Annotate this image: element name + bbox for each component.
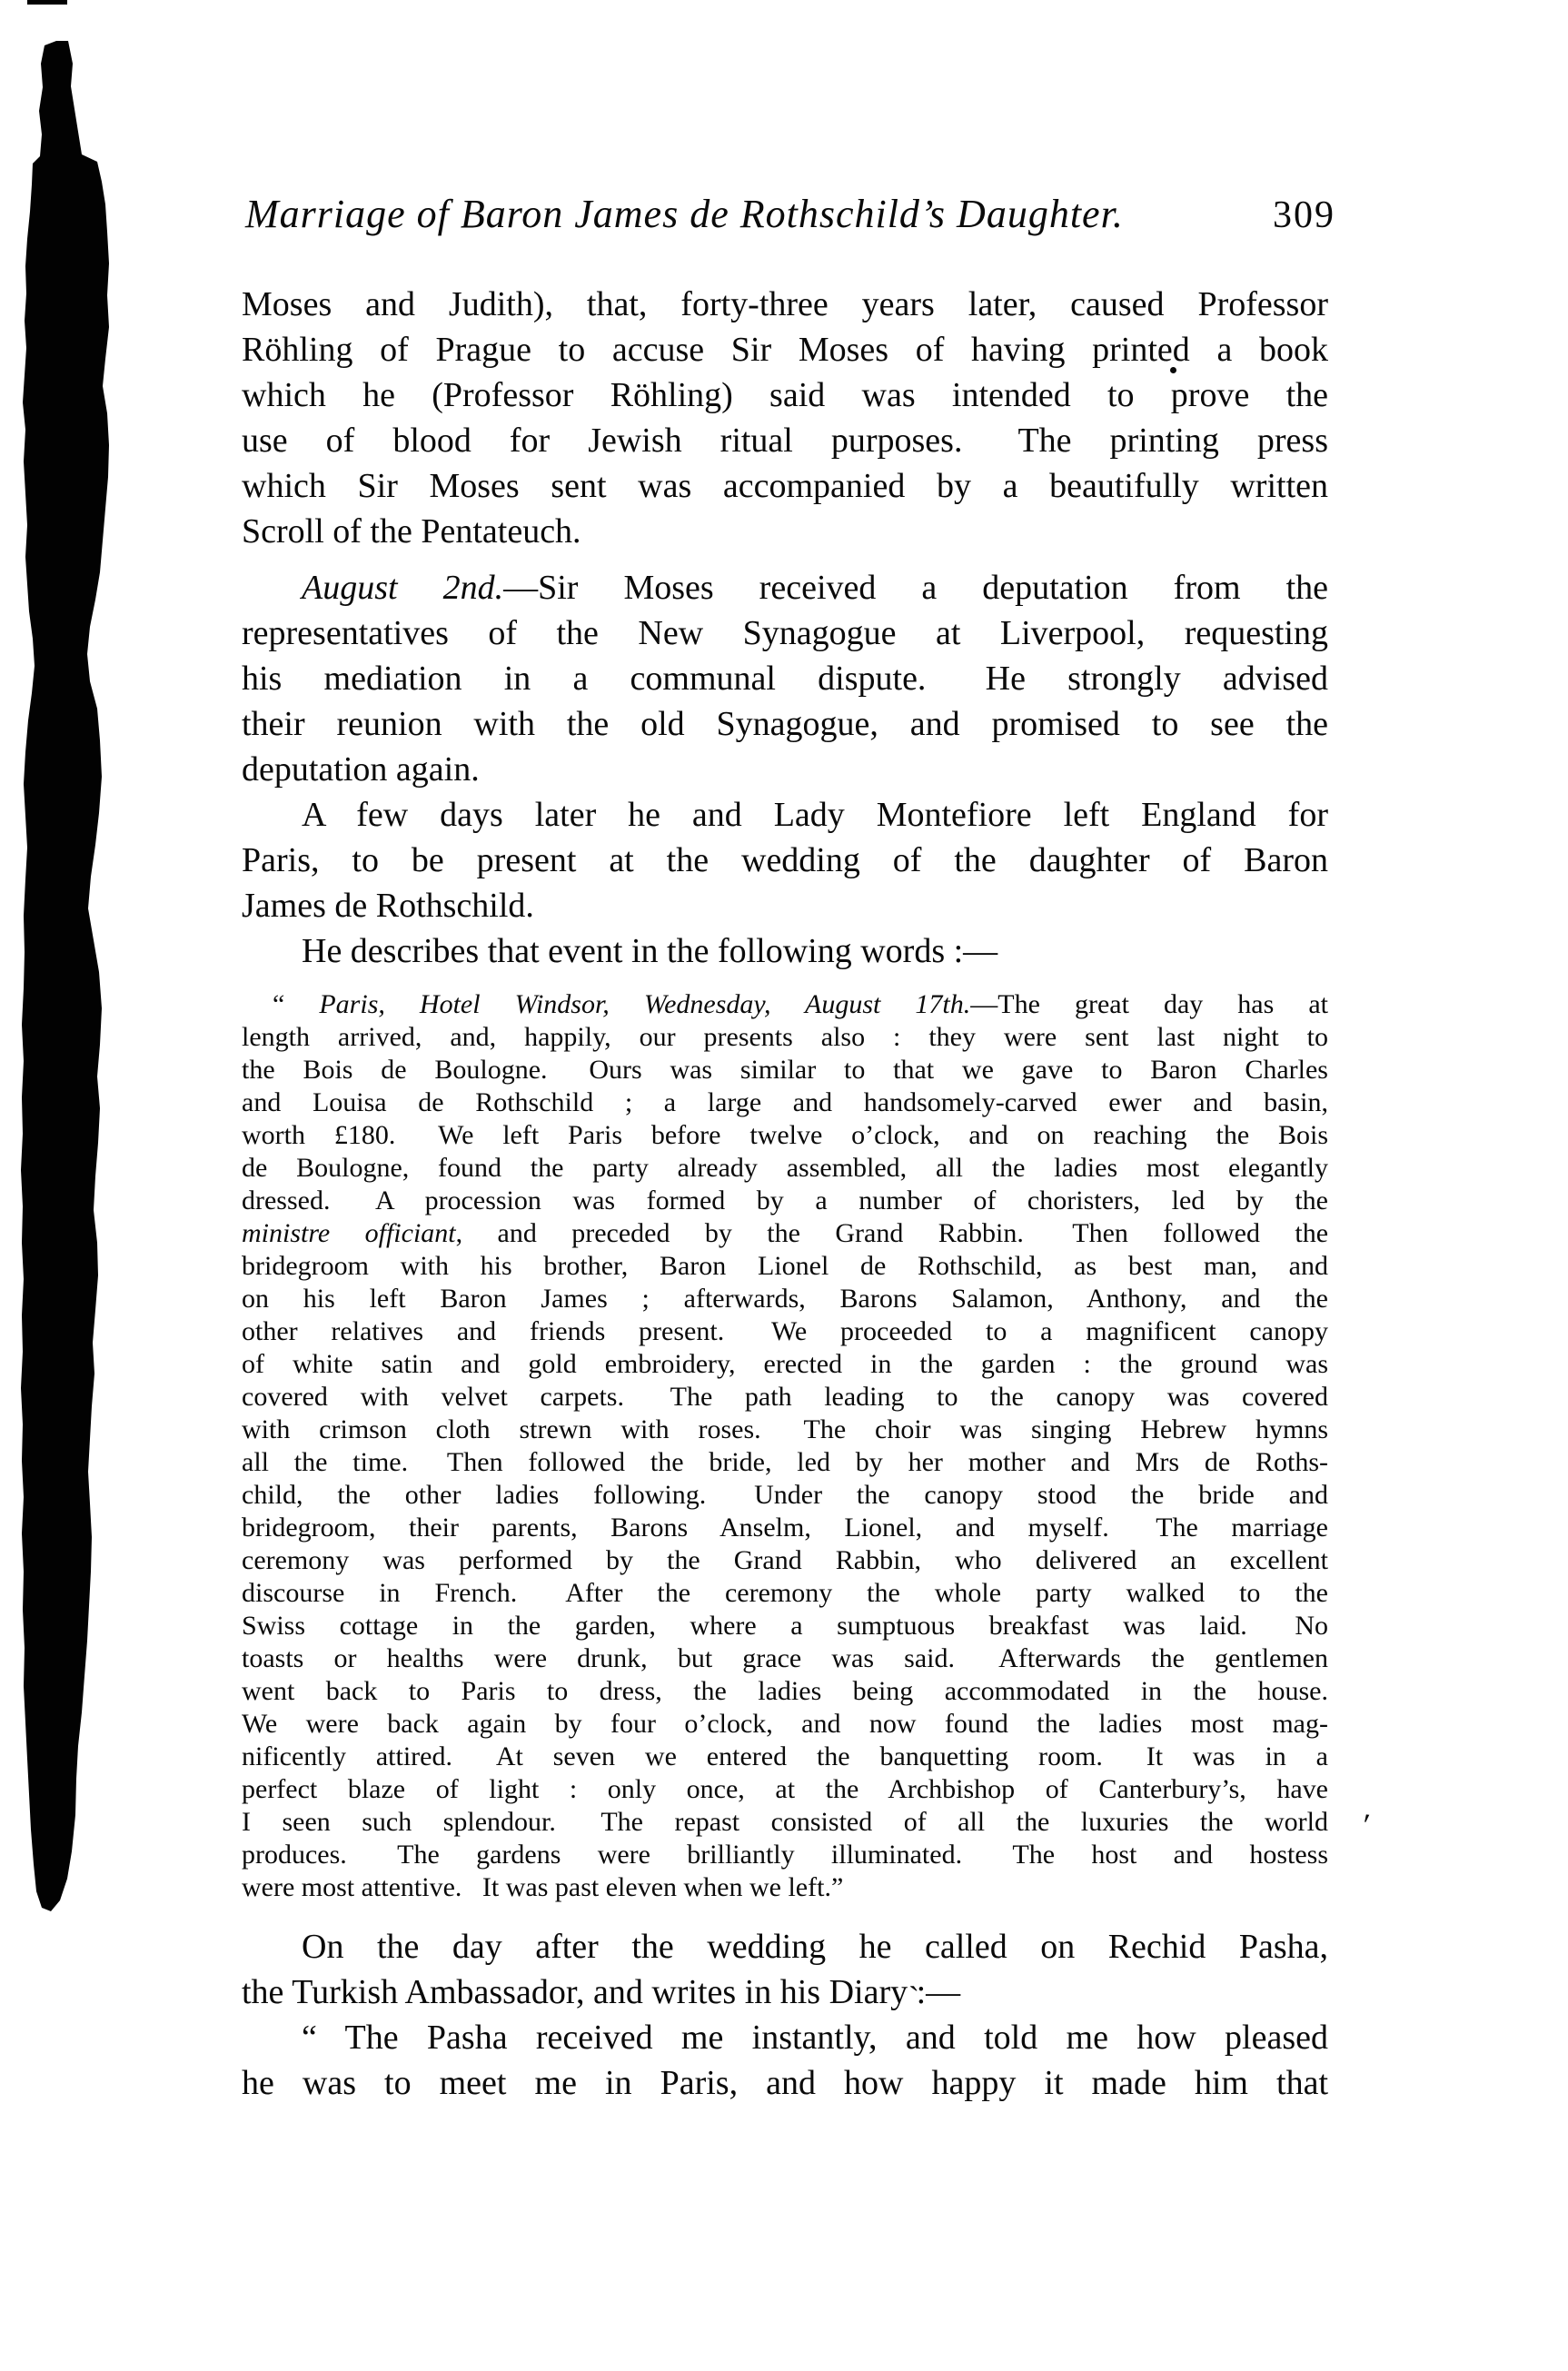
text-line: Swiss cottage in the garden, where a sum… (242, 1610, 1328, 1642)
paragraph-august-2nd: August 2nd.—Sir Moses received a deputat… (242, 565, 1328, 792)
text-line: which Sir Moses sent was accompanied by … (242, 463, 1328, 509)
text-line: James de Rothschild. (242, 883, 1328, 928)
text-line: were most attentive. It was past eleven … (242, 1871, 1328, 1904)
text-line: their reunion with the old Synagogue, an… (242, 701, 1328, 747)
text-line: August 2nd.—Sir Moses received a deputat… (242, 565, 1328, 610)
text-line: On the day after the wedding he called o… (242, 1924, 1328, 1969)
text-line: Paris, to be present at the wedding of t… (242, 838, 1328, 883)
text-line: toasts or healths were drunk, but grace … (242, 1642, 1328, 1675)
text-line: Röhling of Prague to accuse Sir Moses of… (242, 327, 1328, 372)
running-header: Marriage of Baron James de Rothschild’s … (245, 191, 1335, 237)
text-line: other relatives and friends present. We … (242, 1315, 1328, 1348)
ink-dot-artifact (1170, 367, 1176, 373)
text-line: representatives of the New Synagogue at … (242, 610, 1328, 656)
text-line: Scroll of the Pentateuch. (242, 509, 1328, 554)
text-line: ceremony was performed by the Grand Rabb… (242, 1544, 1328, 1577)
text-line: de Boulogne, found the party already ass… (242, 1152, 1328, 1185)
text-line: ministre officiant, and preceded by the … (242, 1217, 1328, 1250)
text-line: on his left Baron James ; afterwards, Ba… (242, 1283, 1328, 1315)
text-line: and Louisa de Rothschild ; a large and h… (242, 1086, 1328, 1119)
text-line: I seen such splendour. The repast consis… (242, 1806, 1328, 1839)
stray-accent-artifact: ˋ (908, 1979, 919, 2017)
text-line: “ Paris, Hotel Windsor, Wednesday, Augus… (242, 988, 1328, 1021)
text-line: nificently attired. At seven we entered … (242, 1741, 1328, 1773)
text-line: bridegroom with his brother, Baron Lione… (242, 1250, 1328, 1283)
text-line: with crimson cloth strewn with roses. Th… (242, 1414, 1328, 1446)
text-line: deputation again. (242, 747, 1328, 792)
paragraph-he-describes: He describes that event in the following… (242, 928, 1328, 974)
text-line: he was to meet me in Paris, and how happ… (242, 2060, 1328, 2106)
page-number: 309 (1273, 193, 1335, 237)
paragraph-few-days-later: A few days later he and Lady Montefiore … (242, 792, 1328, 928)
text-line: perfect blaze of light : only once, at t… (242, 1773, 1328, 1806)
text-line: A few days later he and Lady Montefiore … (242, 792, 1328, 838)
paragraph-pasha-received: “ The Pasha received me instantly, and t… (242, 2015, 1328, 2106)
text-line: the Bois de Boulogne. Ours was similar t… (242, 1054, 1328, 1086)
text-line: child, the other ladies following. Under… (242, 1479, 1328, 1512)
scanned-book-page: Marriage of Baron James de Rothschild’s … (0, 0, 1568, 2371)
text-line: produces. The gardens were brilliantly i… (242, 1839, 1328, 1871)
text-line: the Turkish Ambassador, and writes in hi… (242, 1969, 1328, 2015)
margin-tick-artifact: ′ (1361, 1806, 1372, 1845)
text-line: use of blood for Jewish ritual purposes.… (242, 418, 1328, 463)
text-line: discourse in French. After the ceremony … (242, 1577, 1328, 1610)
text-line: covered with velvet carpets. The path le… (242, 1381, 1328, 1414)
text-line: dressed. A procession was formed by a nu… (242, 1185, 1328, 1217)
page-title: Marriage of Baron James de Rothschild’s … (245, 191, 1124, 237)
text-line: his mediation in a communal dispute. He … (242, 656, 1328, 701)
top-edge-mark (27, 0, 67, 5)
text-line: Moses and Judith), that, forty-three yea… (242, 282, 1328, 327)
text-line: “ The Pasha received me instantly, and t… (242, 2015, 1328, 2060)
text-line: which he (Professor Röhling) said was in… (242, 372, 1328, 418)
text-line: He describes that event in the following… (242, 928, 1328, 974)
paragraph-rechid-pasha: On the day after the wedding he called o… (242, 1924, 1328, 2015)
text-line: of white satin and gold embroidery, erec… (242, 1348, 1328, 1381)
diary-quote-wedding: “ Paris, Hotel Windsor, Wednesday, Augus… (242, 988, 1328, 1904)
text-line: worth £180. We left Paris before twelve … (242, 1119, 1328, 1152)
text-line: all the time. Then followed the bride, l… (242, 1446, 1328, 1479)
text-line: bridegroom, their parents, Barons Anselm… (242, 1512, 1328, 1544)
paragraph-printing-press: Moses and Judith), that, forty-three yea… (242, 282, 1328, 554)
text-line: We were back again by four o’clock, and … (242, 1708, 1328, 1741)
text-line: went back to Paris to dress, the ladies … (242, 1675, 1328, 1708)
ink-blob (0, 0, 127, 1926)
text-column: Moses and Judith), that, forty-three yea… (242, 282, 1328, 2106)
text-line: length arrived, and, happily, our presen… (242, 1021, 1328, 1054)
